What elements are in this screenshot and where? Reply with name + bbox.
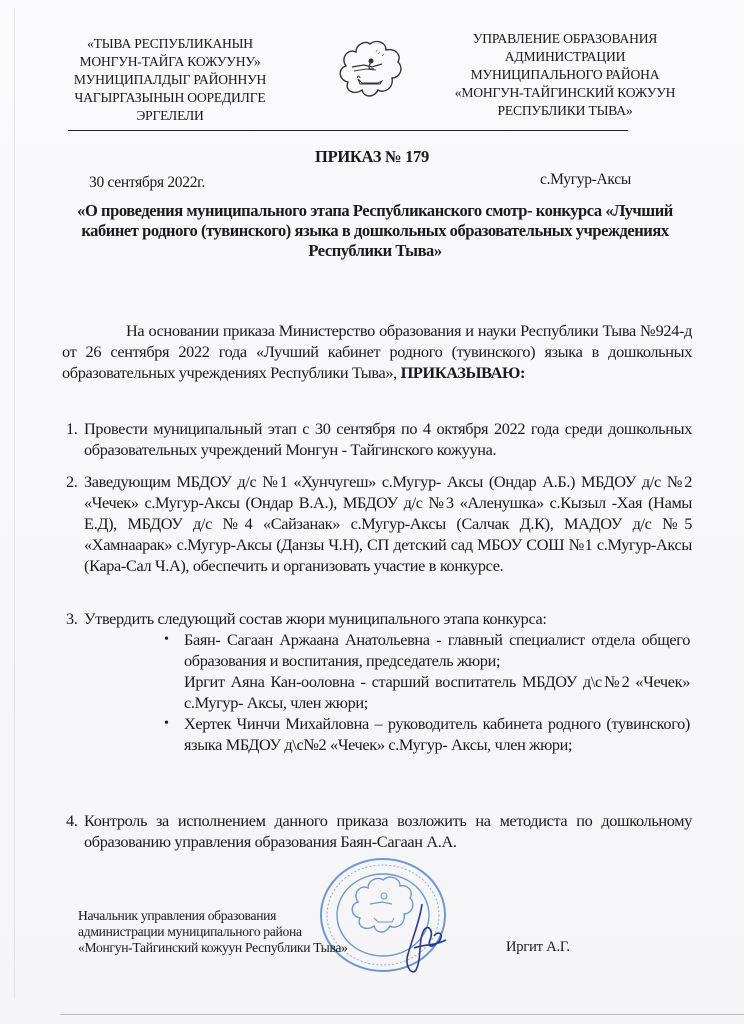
header-divider [68,130,628,131]
header-right-line: АДМИНИСТРАЦИИ [440,48,690,66]
header-left-line: МОНГУН-ТАЙГА КОЖУУНУ» [60,53,280,71]
handwritten-signature-icon [394,900,454,980]
preamble-command: ПРИКАЗЫВАЮ: [401,363,526,382]
header-left-tuvan: «ТЫВА РЕСПУБЛИКАНЫН МОНГУН-ТАЙГА КОЖУУНУ… [60,35,280,125]
order-subject: «О проведения муниципального этапа Респу… [60,201,690,261]
scan-edge-bottom [60,1014,744,1015]
item-text: Заведующим МБДОУ д/с №1 «Хунчугеш» с.Муг… [84,471,692,576]
signature-position-line: Начальник управления образования [78,908,348,924]
order-place: с.Мугур-Аксы [540,171,631,189]
item-number: 1. [66,418,78,439]
signature-position-line: «Монгун-Тайгинский кожуун Республики Тыв… [78,940,348,956]
jury-list: • Баян- Сагаан Аржаана Анатольевна - гла… [160,629,690,755]
item-text: Контроль за исполнением данного приказа … [84,810,692,852]
jury-member-text: Баян- Сагаан Аржаана Анатольевна - главн… [184,629,690,671]
item-number: 4. [66,810,78,831]
jury-member-text: Хертек Чинчи Михайловна – руководитель к… [184,713,690,755]
header-right-line: МУНИЦИПАЛЬНОГО РАЙОНА [440,66,690,84]
order-item-2: 2. Заведующим МБДОУ д/с №1 «Хунчугеш» с.… [62,471,692,576]
bullet-icon: • [164,629,169,650]
header-left-line: «ТЫВА РЕСПУБЛИКАНЫН [60,35,280,53]
tuva-emblem-icon [336,40,404,102]
order-date: 30 сентября 2022г. [89,174,205,192]
jury-member-continuation: Иргит Аяна Кан-ооловна - старший воспита… [184,671,690,713]
item-number: 3. [66,608,78,629]
signature-position-line: администрации муниципального района [78,924,348,940]
bullet-icon: • [164,713,169,734]
signature-position: Начальник управления образования админис… [78,908,348,956]
item-number: 2. [66,471,78,492]
order-item-3: 3. Утвердить следующий состав жюри муниц… [62,608,692,629]
document-page: «ТЫВА РЕСПУБЛИКАНЫН МОНГУН-ТАЙГА КОЖУУНУ… [0,0,744,1024]
header-right-line: РЕСПУБЛИКИ ТЫВА» [440,102,690,120]
header-left-line: ЭРГЕЛЕЛИ [60,107,280,125]
preamble: На основании приказа Министерство образо… [62,320,692,383]
signatory-name: Иргит А.Г. [506,939,570,956]
order-title: ПРИКАЗ № 179 [0,147,744,167]
order-item-4: 4. Контроль за исполнением данного прика… [62,810,692,852]
item-text: Провести муниципальный этап с 30 сентябр… [84,418,692,460]
header-right-russian: УПРАВЛЕНИЕ ОБРАЗОВАНИЯ АДМИНИСТРАЦИИ МУН… [440,30,690,120]
header-right-line: «МОНГУН-ТАЙГИНСКИЙ КОЖУУН [440,84,690,102]
header-right-line: УПРАВЛЕНИЕ ОБРАЗОВАНИЯ [440,30,690,48]
jury-member: • Хертек Чинчи Михайловна – руководитель… [160,713,690,755]
header-left-line: МУНИЦИПАЛДЫГ РАЙОННУН [60,71,280,89]
order-item-1: 1. Провести муниципальный этап с 30 сент… [62,418,692,460]
preamble-text: На основании приказа Министерство образо… [62,321,692,382]
jury-member: • Баян- Сагаан Аржаана Анатольевна - гла… [160,629,690,713]
header-left-line: ЧАГЫРГАЗЫНЫН ООРЕДИЛГЕ [60,89,280,107]
item-text: Утвердить следующий состав жюри муниципа… [84,608,692,629]
